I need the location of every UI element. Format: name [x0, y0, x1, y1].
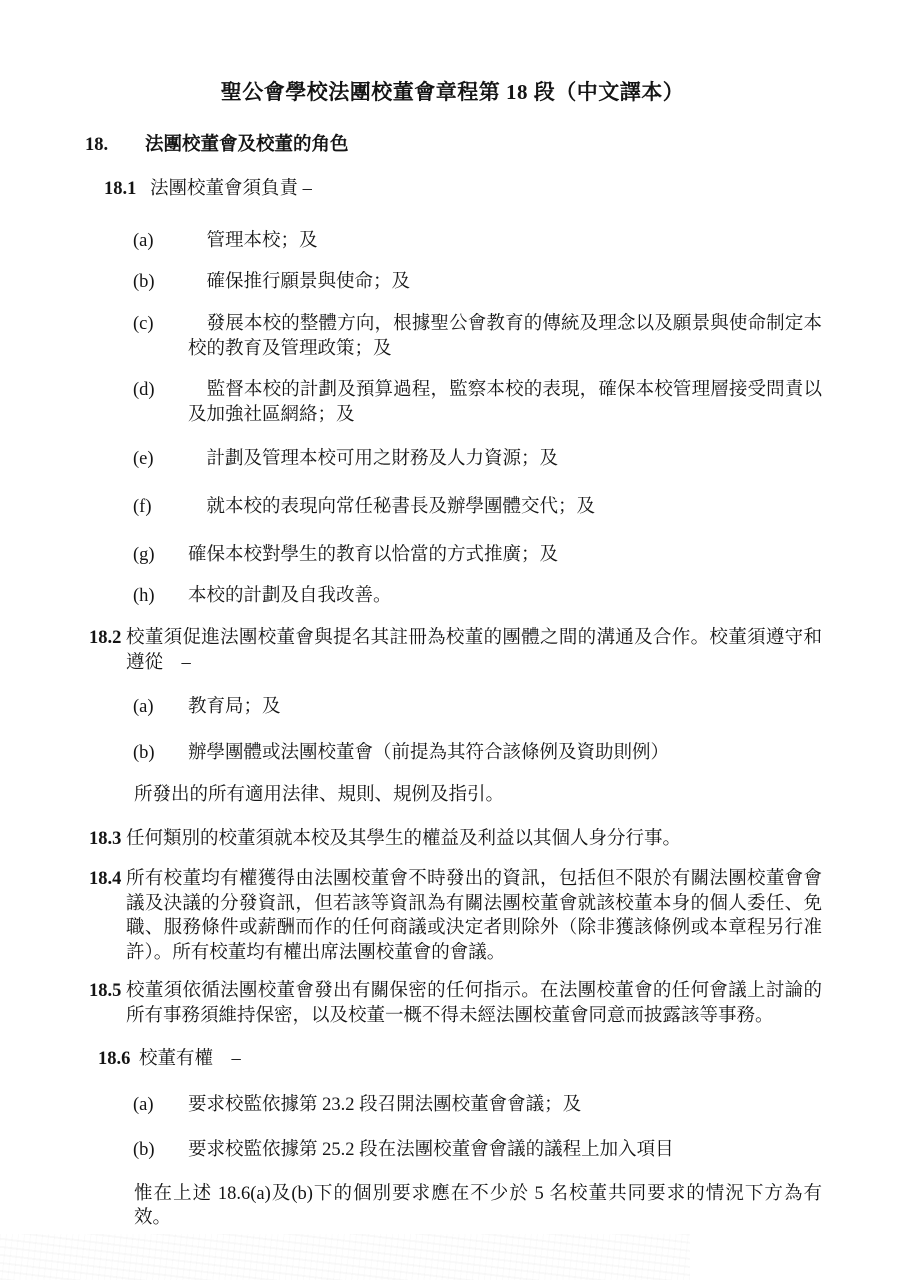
list-item-text: 確保本校對學生的教育以恰當的方式推廣；及	[188, 543, 822, 568]
clause-text: 校董有權 –	[139, 1047, 822, 1072]
list-item-text: 辦學團體或法團校董會（前提為其符合該條例及資助則例）	[188, 741, 822, 766]
document-title: 聖公會學校法團校董會章程第 18 段（中文譯本）	[0, 0, 905, 106]
list-item-text: 監督本校的計劃及預算過程，監察本校的表現，確保本校管理層接受問責以及加強社區網絡…	[188, 378, 822, 427]
list-item-label: (a)	[133, 229, 188, 254]
list-item-18-1-h: (h) 本校的計劃及自我改善。	[0, 584, 822, 609]
clause-18-6: 18.6 校董有權 –	[0, 1047, 822, 1072]
document-page: 聖公會學校法團校董會章程第 18 段（中文譯本） 18. 法團校董會及校董的角色…	[0, 0, 905, 1280]
clause-number: 18.1	[104, 177, 150, 202]
clause-text: 校董須依循法團校董會發出有關保密的任何指示。在法團校董會的任何會議上討論的所有事…	[126, 979, 822, 1028]
list-item-text: 要求校監依據第 23.2 段召開法團校董會會議；及	[188, 1093, 822, 1118]
list-item-text: 計劃及管理本校可用之財務及人力資源；及	[188, 447, 822, 472]
clause-number: 18.4	[89, 867, 126, 892]
section-heading: 法團校董會及校董的角色	[145, 133, 822, 158]
clause-text: 任何類別的校董須就本校及其學生的權益及利益以其個人身分行事。	[126, 827, 822, 852]
list-item-text: 本校的計劃及自我改善。	[188, 584, 822, 609]
list-item-label: (g)	[133, 543, 188, 568]
scan-noise-artifact	[0, 1234, 690, 1280]
list-item-label: (f)	[133, 495, 188, 520]
list-item-label: (h)	[133, 584, 188, 609]
list-item-label: (b)	[133, 741, 188, 766]
list-item-text: 管理本校；及	[188, 229, 822, 254]
list-item-18-1-b: (b) 確保推行願景與使命；及	[0, 270, 822, 295]
list-item-18-1-e: (e) 計劃及管理本校可用之財務及人力資源；及	[0, 447, 822, 472]
list-item-label: (a)	[133, 1093, 188, 1118]
clause-18-2: 18.2 校董須促進法團校董會與提名其註冊為校董的團體之間的溝通及合作。校董須遵…	[0, 626, 822, 675]
list-item-label: (b)	[133, 1138, 188, 1163]
list-item-18-1-f: (f) 就本校的表現向常任秘書長及辦學團體交代；及	[0, 495, 822, 520]
continuation-paragraph-18-6: 惟在上述 18.6(a)及(b)下的個別要求應在不少於 5 名校董共同要求的情況…	[0, 1182, 822, 1231]
list-item-label: (a)	[133, 695, 188, 720]
list-item-text: 要求校監依據第 25.2 段在法團校董會會議的議程上加入項目	[188, 1138, 822, 1163]
list-item-label: (b)	[133, 270, 188, 295]
clause-number: 18.3	[89, 827, 126, 852]
list-item-18-2-b: (b) 辦學團體或法團校董會（前提為其符合該條例及資助則例）	[0, 741, 822, 766]
list-item-label: (e)	[133, 447, 188, 472]
section-heading-row: 18. 法團校董會及校董的角色	[0, 133, 822, 158]
list-item-18-1-g: (g) 確保本校對學生的教育以恰當的方式推廣；及	[0, 543, 822, 568]
clause-18-1: 18.1 法團校董會須負責 –	[0, 177, 822, 202]
clause-text: 所有校董均有權獲得由法團校董會不時發出的資訊，包括但不限於有關法團校董會會議及決…	[126, 867, 822, 965]
clause-18-4: 18.4 所有校董均有權獲得由法團校董會不時發出的資訊，包括但不限於有關法團校董…	[0, 867, 822, 965]
list-item-18-2-a: (a) 教育局；及	[0, 695, 822, 720]
list-item-18-1-d: (d) 監督本校的計劃及預算過程，監察本校的表現，確保本校管理層接受問責以及加強…	[0, 378, 822, 427]
list-item-label: (d)	[133, 378, 188, 403]
clause-text: 校董須促進法團校董會與提名其註冊為校董的團體之間的溝通及合作。校董須遵守和遵從 …	[126, 626, 822, 675]
section-number: 18.	[85, 133, 145, 158]
clause-number: 18.5	[89, 979, 126, 1004]
clause-number: 18.6	[98, 1047, 139, 1072]
list-item-18-1-c: (c) 發展本校的整體方向，根據聖公會教育的傳統及理念以及願景與使命制定本校的教…	[0, 312, 822, 361]
continuation-paragraph-18-2: 所發出的所有適用法律、規則、規例及指引。	[0, 783, 822, 808]
list-item-text: 確保推行願景與使命；及	[188, 270, 822, 295]
clause-18-5: 18.5 校董須依循法團校董會發出有關保密的任何指示。在法團校董會的任何會議上討…	[0, 979, 822, 1028]
clause-18-3: 18.3 任何類別的校董須就本校及其學生的權益及利益以其個人身分行事。	[0, 827, 822, 852]
list-item-18-1-a: (a) 管理本校；及	[0, 229, 822, 254]
clause-text: 法團校董會須負責 –	[150, 177, 822, 202]
clause-number: 18.2	[89, 626, 126, 651]
list-item-text: 就本校的表現向常任秘書長及辦學團體交代；及	[188, 495, 822, 520]
list-item-18-6-b: (b) 要求校監依據第 25.2 段在法團校董會會議的議程上加入項目	[0, 1138, 822, 1163]
list-item-18-6-a: (a) 要求校監依據第 23.2 段召開法團校董會會議；及	[0, 1093, 822, 1118]
list-item-label: (c)	[133, 312, 188, 337]
list-item-text: 發展本校的整體方向，根據聖公會教育的傳統及理念以及願景與使命制定本校的教育及管理…	[188, 312, 822, 361]
list-item-text: 教育局；及	[188, 695, 822, 720]
